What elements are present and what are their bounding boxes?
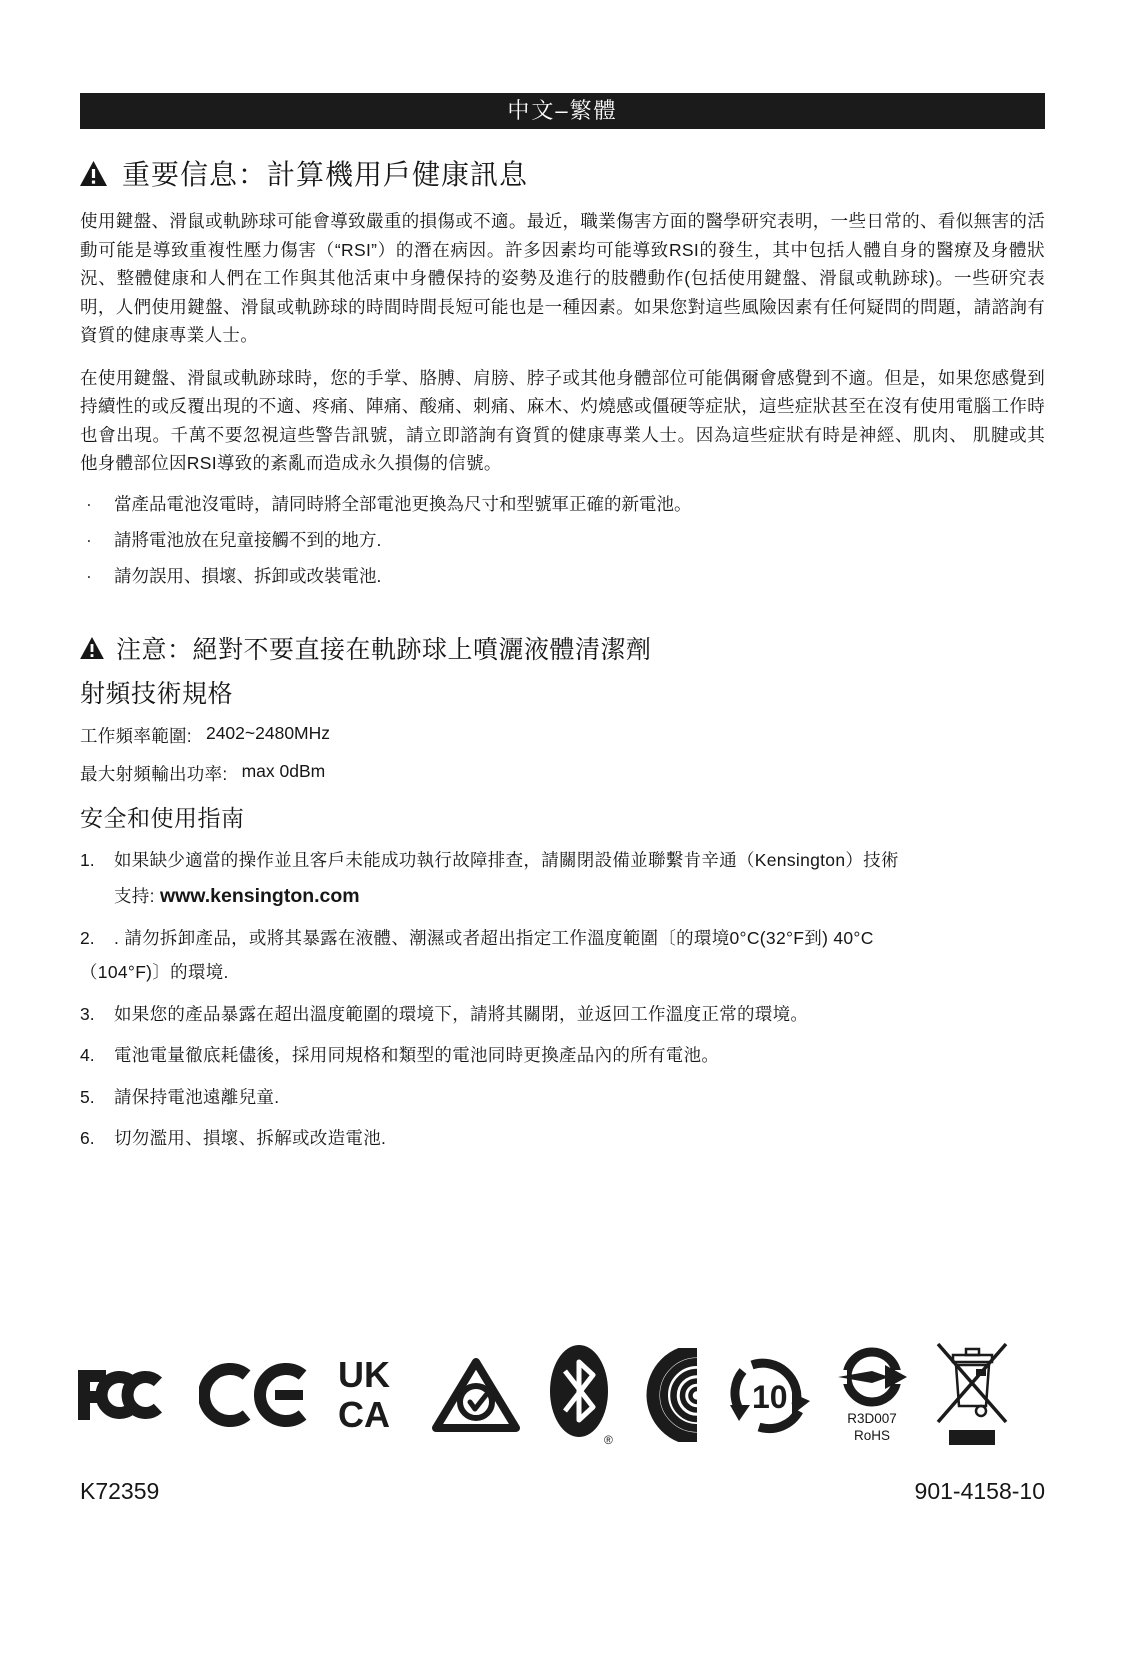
item-text-block: 如果缺少適當的操作並且客戶未能成功執行故障排查，請關閉設備並聯繫肯辛通（Kens…	[114, 846, 1045, 911]
bullet-text: 當產品電池沒電時，請同時將全部電池更換為尺寸和型號軍正確的新電池。	[114, 486, 692, 522]
language-header-bar: 中文–繁體	[80, 93, 1045, 129]
item-text: . 請勿拆卸產品，或將其暴露在液體、潮濕或者超出指定工作溫度範圍〔的環境0°C(…	[114, 928, 874, 948]
power-value: max 0dBm	[242, 761, 326, 786]
item-text: 如果缺少適當的操作並且客戶未能成功執行故障排查，請關閉設備並聯繫肯辛通（Kens…	[114, 850, 899, 870]
power-spec-row: 最大射頻輸出功率: max 0dBm	[80, 761, 1045, 786]
bsmi-rohs-icon	[837, 1347, 907, 1409]
rf-spec-title: 射頻技術規格	[80, 674, 1045, 710]
list-item: · 當產品電池沒電時，請同時將全部電池更換為尺寸和型號軍正確的新電池。	[80, 486, 1045, 522]
china-rohs-epup10-mark-icon: 10	[726, 1353, 812, 1437]
list-item: 4. 電池電量徹底耗儘後，採用同規格和類型的電池同時更換產品內的所有電池。	[80, 1041, 1045, 1070]
caution-title: 注意：絕對不要直接在軌跡球上噴灑液體清潔劑	[116, 630, 652, 666]
item-number: 6.	[80, 1124, 114, 1153]
bullet-marker: ·	[80, 522, 114, 558]
item-text-continued: （104°F)〕的環境.	[80, 958, 1045, 987]
ukca-mark-icon: UK CA	[336, 1354, 404, 1436]
list-item: 5. 請保持電池遠離兒童.	[80, 1083, 1045, 1112]
item-text: 電池電量徹底耗儘後，採用同規格和類型的電池同時更換產品內的所有電池。	[114, 1041, 1045, 1070]
item-text-block: . 請勿拆卸產品，或將其暴露在液體、潮濕或者超出指定工作溫度範圍〔的環境0°C(…	[114, 924, 1045, 987]
warning-triangle-icon	[80, 161, 107, 186]
item-text: 請保持電池遠離兒童.	[114, 1083, 1045, 1112]
item-number: 1.	[80, 846, 114, 911]
rohs-label: RoHS	[854, 1428, 890, 1443]
rcm-mark-icon	[429, 1354, 523, 1436]
wireless-waves-mark-icon	[639, 1348, 701, 1442]
frequency-value: 2402~2480MHz	[206, 723, 330, 748]
support-line: 支持: www.kensington.com	[114, 882, 1045, 911]
list-item: · 請將電池放在兒童接觸不到的地方.	[80, 522, 1045, 558]
item-number: 3.	[80, 1000, 114, 1029]
item-number: 4.	[80, 1041, 114, 1070]
bsmi-rohs-mark: R3D007 RoHS	[837, 1347, 907, 1443]
health-section-title: 重要信息：計算機用戶健康訊息	[122, 153, 528, 193]
fcc-mark-icon	[74, 1364, 174, 1426]
item-text: 如果您的產品暴露在超出溫度範圍的環境下，請將其關閉，並返回工作溫度正常的環境。	[114, 1000, 1045, 1029]
certification-logo-strip: UK CA ® 10 R3D007 RoHS	[74, 1342, 1012, 1448]
item-text: 切勿濫用、損壞、拆解或改造電池.	[114, 1124, 1045, 1153]
power-label: 最大射頻輸出功率:	[80, 761, 228, 786]
list-item: 1. 如果缺少適當的操作並且客戶未能成功執行故障排查，請關閉設備並聯繫肯辛通（K…	[80, 846, 1045, 911]
kensington-link[interactable]: www.kensington.com	[160, 885, 360, 907]
bullet-text: 請將電池放在兒童接觸不到的地方.	[114, 522, 381, 558]
support-label: 支持:	[114, 886, 155, 906]
svg-text:CA: CA	[338, 1394, 390, 1435]
item-number: 5.	[80, 1083, 114, 1112]
bullet-marker: ·	[80, 558, 114, 594]
svg-text:10: 10	[752, 1379, 788, 1415]
document-number: 901-4158-10	[915, 1478, 1045, 1505]
warning-triangle-icon	[80, 637, 104, 659]
list-item: 2. . 請勿拆卸產品，或將其暴露在液體、潮濕或者超出指定工作溫度範圍〔的環境0…	[80, 924, 1045, 987]
list-item: 6. 切勿濫用、損壞、拆解或改造電池.	[80, 1124, 1045, 1153]
bluetooth-mark-icon: ®	[548, 1343, 614, 1447]
safety-guide-title: 安全和使用指南	[80, 800, 1045, 833]
caution-heading: 注意：絕對不要直接在軌跡球上噴灑液體清潔劑	[80, 630, 1045, 666]
weee-bin-mark-icon	[932, 1342, 1012, 1448]
model-number: K72359	[80, 1478, 159, 1505]
frequency-label: 工作頻率範圍:	[80, 723, 192, 748]
ce-mark-icon	[199, 1361, 311, 1429]
rohs-code-label: R3D007	[847, 1411, 897, 1426]
bullet-text: 請勿誤用、損壞、拆卸或改裝電池.	[114, 558, 381, 594]
document-page: 中文–繁體 重要信息：計算機用戶健康訊息 使用鍵盤、滑鼠或軌跡球可能會導致嚴重的…	[0, 0, 1123, 1153]
health-paragraph-2: 在使用鍵盤、滑鼠或軌跡球時，您的手掌、胳膊、肩膀、脖子或其他身體部位可能偶爾會感…	[80, 364, 1045, 478]
svg-text:®: ®	[604, 1433, 613, 1447]
svg-text:UK: UK	[338, 1354, 390, 1395]
health-section-heading: 重要信息：計算機用戶健康訊息	[80, 153, 1045, 193]
frequency-spec-row: 工作頻率範圍: 2402~2480MHz	[80, 723, 1045, 748]
footer-row: K72359 901-4158-10	[80, 1478, 1045, 1505]
health-paragraph-1: 使用鍵盤、滑鼠或軌跡球可能會導致嚴重的損傷或不適。最近，職業傷害方面的醫學研究表…	[80, 207, 1045, 350]
list-item: · 請勿誤用、損壞、拆卸或改裝電池.	[80, 558, 1045, 594]
list-item: 3. 如果您的產品暴露在超出溫度範圍的環境下，請將其關閉，並返回工作溫度正常的環…	[80, 1000, 1045, 1029]
battery-bullet-list: · 當產品電池沒電時，請同時將全部電池更換為尺寸和型號軍正確的新電池。 · 請將…	[80, 486, 1045, 594]
safety-numbered-list: 1. 如果缺少適當的操作並且客戶未能成功執行故障排查，請關閉設備並聯繫肯辛通（K…	[80, 846, 1045, 1153]
language-label: 中文–繁體	[507, 98, 617, 123]
bullet-marker: ·	[80, 486, 114, 522]
